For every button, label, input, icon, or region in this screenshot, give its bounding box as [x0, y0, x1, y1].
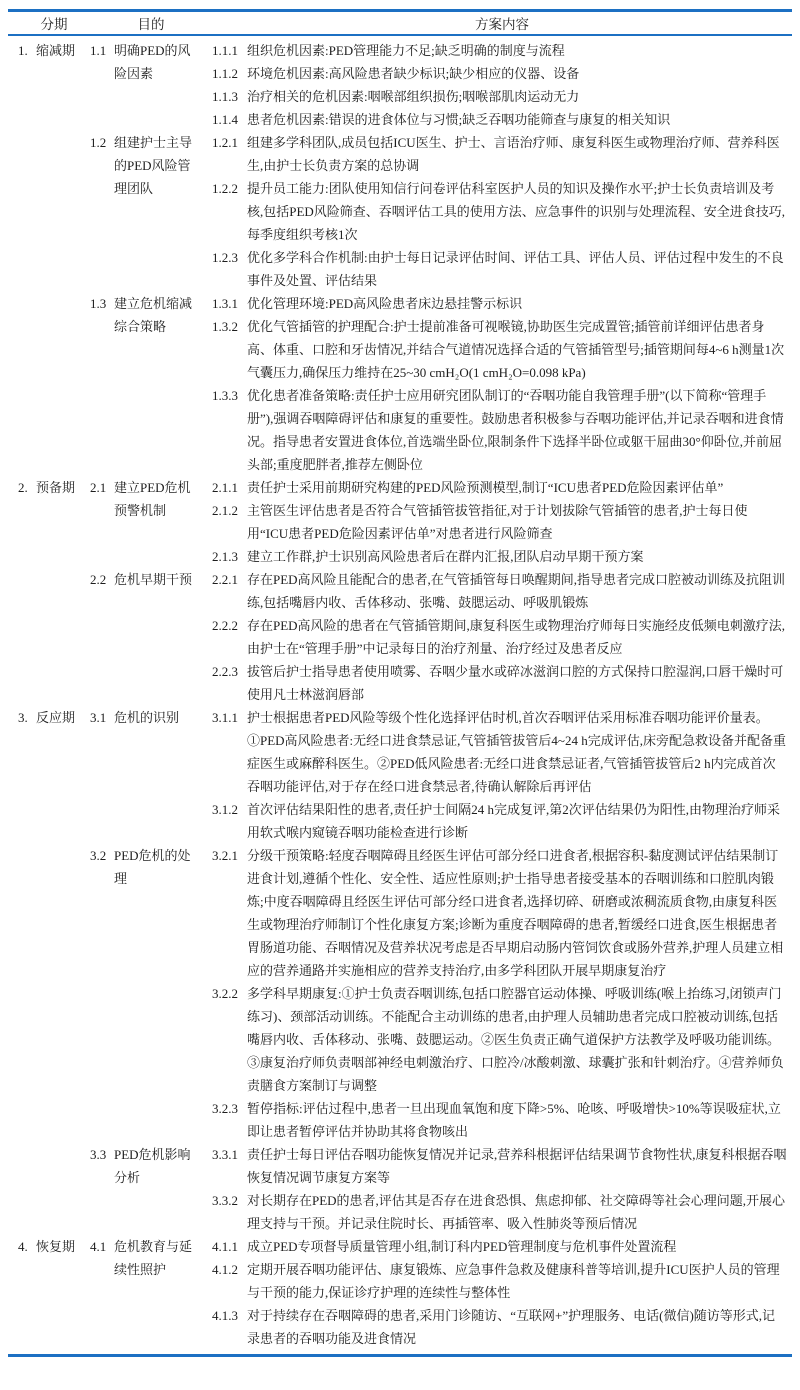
purpose-text: 危机的识别 — [114, 710, 179, 725]
purpose-number: 3.1 — [90, 706, 114, 729]
phase-purposes: 3.1危机的识别 3.1.1护士根据患者PED风险等级个性化选择评估时机,首次吞… — [90, 706, 792, 1235]
purpose-items: 2.1.1责任护士采用前期研究构建的PED风险预测模型,制订“ICU患者PED危… — [212, 476, 792, 568]
item-text: 定期开展吞咽功能评估、康复锻炼、应急事件急救及健康科普等培训,提升ICU医护人员… — [247, 1262, 780, 1300]
purpose-label: 3.2PED危机的处理 — [90, 844, 212, 890]
plan-item: 2.2.2存在PED高风险的患者在气管插管期间,康复科医生或物理治疗师每日实施经… — [212, 614, 792, 660]
item-text: 存在PED高风险且能配合的患者,在气管插管每日唤醒期间,指导患者完成口腔被动训练… — [247, 572, 785, 610]
phase-row-recovery: 4.恢复期 4.1危机教育与延续性照护 4.1.1成立PED专项督导质量管理小组… — [18, 1235, 792, 1350]
item-text: 环境危机因素:高风险患者缺少标识;缺少相应的仪器、设备 — [247, 66, 579, 81]
table-body: 1.缩减期 1.1明确PED的风险因素 1.1.1组织危机因素:PED管理能力不… — [8, 36, 792, 1350]
purpose-label: 1.3建立危机缩减综合策略 — [90, 292, 212, 338]
phase-row-preparation: 2.预备期 2.1建立PED危机预警机制 2.1.1责任护士采用前期研究构建的P… — [18, 476, 792, 706]
plan-item: 4.1.1成立PED专项督导质量管理小组,制订科内PED管理制度与危机事件处置流… — [212, 1235, 792, 1258]
item-number: 3.2.1 — [212, 844, 247, 867]
purpose-label: 3.3PED危机影响分析 — [90, 1143, 212, 1189]
item-number: 3.1.1 — [212, 706, 247, 729]
purpose-label: 4.1危机教育与延续性照护 — [90, 1235, 212, 1281]
item-text: 组建多学科团队,成员包括ICU医生、护士、言语治疗师、康复科医生或物理治疗师、营… — [247, 135, 780, 173]
plan-item: 3.3.2对长期存在PED的患者,评估其是否存在进食恐惧、焦虑抑郁、社交障碍等社… — [212, 1189, 792, 1235]
item-number: 1.2.1 — [212, 131, 247, 154]
phase-purposes: 2.1建立PED危机预警机制 2.1.1责任护士采用前期研究构建的PED风险预测… — [90, 476, 792, 706]
purpose-number: 1.1 — [90, 39, 114, 62]
item-number: 3.2.2 — [212, 982, 247, 1005]
purpose-row: 1.2组建护士主导的PED风险管理团队 1.2.1组建多学科团队,成员包括ICU… — [90, 131, 792, 292]
item-text: 护士根据患者PED风险等级个性化选择评估时机,首次吞咽评估采用标准吞咽功能评价量… — [247, 710, 786, 794]
plan-item: 2.2.3拔管后护士指导患者使用喷雾、吞咽少量水或碎冰滋润口腔的方式保持口腔湿润… — [212, 660, 792, 706]
phase-number: 2. — [18, 476, 36, 499]
plan-item: 1.3.1优化管理环境:PED高风险患者床边悬挂警示标识 — [212, 292, 792, 315]
item-number: 1.1.3 — [212, 85, 247, 108]
item-text: 提升员工能力:团队使用知信行问卷评估科室医护人员的知识及操作水平;护士长负责培训… — [247, 181, 785, 242]
plan-item: 2.1.1责任护士采用前期研究构建的PED风险预测模型,制订“ICU患者PED危… — [212, 476, 792, 499]
purpose-label: 1.1明确PED的风险因素 — [90, 39, 212, 85]
plan-item: 1.1.3治疗相关的危机因素:咽喉部组织损伤;咽喉部肌肉运动无力 — [212, 85, 792, 108]
item-text: 优化患者准备策略:责任护士应用研究团队制订的“吞咽功能自我管理手册”(以下简称“… — [247, 388, 784, 472]
item-text: 暂停指标:评估过程中,患者一旦出现血氧饱和度下降>5%、呛咳、呼吸增快>10%等… — [247, 1101, 781, 1139]
purpose-label: 1.2组建护士主导的PED风险管理团队 — [90, 131, 212, 200]
item-text: 优化多学科合作机制:由护士每日记录评估时间、评估工具、评估人员、评估过程中发生的… — [247, 250, 784, 288]
col-header-phase: 分期 — [18, 13, 90, 33]
purpose-items: 4.1.1成立PED专项督导质量管理小组,制订科内PED管理制度与危机事件处置流… — [212, 1235, 792, 1350]
table-header-row: 分期 目的 方案内容 — [8, 12, 792, 34]
purpose-text: 危机早期干预 — [114, 572, 192, 587]
phase-name: 反应期 — [36, 710, 75, 725]
item-number: 1.1.4 — [212, 108, 247, 131]
plan-item: 1.2.1组建多学科团队,成员包括ICU医生、护士、言语治疗师、康复科医生或物理… — [212, 131, 792, 177]
item-text: 首次评估结果阳性的患者,责任护士间隔24 h完成复评,第2次评估结果仍为阳性,由… — [247, 802, 780, 840]
plan-item: 3.3.1责任护士每日评估吞咽功能恢复情况并记录,营养科根据评估结果调节食物性状… — [212, 1143, 792, 1189]
plan-item: 3.1.1护士根据患者PED风险等级个性化选择评估时机,首次吞咽评估采用标准吞咽… — [212, 706, 792, 798]
purpose-row: 3.3PED危机影响分析 3.3.1责任护士每日评估吞咽功能恢复情况并记录,营养… — [90, 1143, 792, 1235]
item-number: 4.1.1 — [212, 1235, 247, 1258]
journal-table: 分期 目的 方案内容 1.缩减期 1.1明确PED的风险因素 1.1.1组织危机… — [0, 0, 800, 1390]
col-header-content: 方案内容 — [212, 13, 792, 33]
plan-item: 1.1.4患者危机因素:错误的进食体位与习惯;缺乏吞咽功能筛查与康复的相关知识 — [212, 108, 792, 131]
item-number: 2.1.2 — [212, 499, 247, 522]
purpose-text: PED危机的处理 — [114, 848, 191, 886]
item-text: 责任护士每日评估吞咽功能恢复情况并记录,营养科根据评估结果调节食物性状,康复科根… — [247, 1147, 787, 1185]
item-text: 拔管后护士指导患者使用喷雾、吞咽少量水或碎冰滋润口腔的方式保持口腔湿润,口唇干燥… — [247, 664, 783, 702]
item-text: 患者危机因素:错误的进食体位与习惯;缺乏吞咽功能筛查与康复的相关知识 — [247, 112, 670, 127]
phase-label: 4.恢复期 — [18, 1235, 90, 1258]
item-number: 1.3.1 — [212, 292, 247, 315]
item-text: 治疗相关的危机因素:咽喉部组织损伤;咽喉部肌肉运动无力 — [247, 89, 579, 104]
plan-item: 2.2.1存在PED高风险且能配合的患者,在气管插管每日唤醒期间,指导患者完成口… — [212, 568, 792, 614]
item-text: 优化气管插管的护理配合:护士提前准备可视喉镜,协助医生完成置管;插管前详细评估患… — [247, 319, 784, 380]
item-number: 3.3.1 — [212, 1143, 247, 1166]
item-text: 主管医生评估患者是否符合气管插管拔管指征,对于计划拔除气管插管的患者,护士每日使… — [247, 503, 748, 541]
purpose-items: 2.2.1存在PED高风险且能配合的患者,在气管插管每日唤醒期间,指导患者完成口… — [212, 568, 792, 706]
plan-item: 4.1.2定期开展吞咽功能评估、康复锻炼、应急事件急救及健康科普等培训,提升IC… — [212, 1258, 792, 1304]
item-text: 分级干预策略:轻度吞咽障碍且经医生评估可部分经口进食者,根据容积-黏度测试评估结… — [247, 848, 783, 978]
item-text: 对于持续存在吞咽障碍的患者,采用门诊随访、“互联网+”护理服务、电话(微信)随访… — [247, 1308, 775, 1346]
phase-label: 3.反应期 — [18, 706, 90, 729]
purpose-items: 1.2.1组建多学科团队,成员包括ICU医生、护士、言语治疗师、康复科医生或物理… — [212, 131, 792, 292]
item-number: 1.2.2 — [212, 177, 247, 200]
plan-item: 1.2.2提升员工能力:团队使用知信行问卷评估科室医护人员的知识及操作水平;护士… — [212, 177, 792, 246]
plan-item: 3.1.2首次评估结果阳性的患者,责任护士间隔24 h完成复评,第2次评估结果仍… — [212, 798, 792, 844]
item-number: 1.1.2 — [212, 62, 247, 85]
purpose-row: 3.1危机的识别 3.1.1护士根据患者PED风险等级个性化选择评估时机,首次吞… — [90, 706, 792, 844]
purpose-number: 2.1 — [90, 476, 114, 499]
purpose-number: 2.2 — [90, 568, 114, 591]
purpose-row: 1.3建立危机缩减综合策略 1.3.1优化管理环境:PED高风险患者床边悬挂警示… — [90, 292, 792, 476]
purpose-items: 1.1.1组织危机因素:PED管理能力不足;缺乏明确的制度与流程 1.1.2环境… — [212, 39, 792, 131]
purpose-number: 3.2 — [90, 844, 114, 867]
plan-item: 4.1.3对于持续存在吞咽障碍的患者,采用门诊随访、“互联网+”护理服务、电话(… — [212, 1304, 792, 1350]
plan-item: 1.1.2环境危机因素:高风险患者缺少标识;缺少相应的仪器、设备 — [212, 62, 792, 85]
purpose-label: 2.1建立PED危机预警机制 — [90, 476, 212, 522]
plan-item: 1.2.3优化多学科合作机制:由护士每日记录评估时间、评估工具、评估人员、评估过… — [212, 246, 792, 292]
purpose-number: 4.1 — [90, 1235, 114, 1258]
plan-item: 3.2.3暂停指标:评估过程中,患者一旦出现血氧饱和度下降>5%、呛咳、呼吸增快… — [212, 1097, 792, 1143]
phase-number: 4. — [18, 1235, 36, 1258]
phase-label: 1.缩减期 — [18, 39, 90, 62]
item-text: 组织危机因素:PED管理能力不足;缺乏明确的制度与流程 — [247, 43, 565, 58]
phase-name: 恢复期 — [36, 1239, 75, 1254]
item-number: 1.3.3 — [212, 384, 247, 407]
purpose-text: PED危机影响分析 — [114, 1147, 191, 1185]
plan-item: 3.2.2多学科早期康复:①护士负责吞咽训练,包括口腔器官运动体操、呼吸训练(喉… — [212, 982, 792, 1097]
purpose-text: 危机教育与延续性照护 — [114, 1239, 192, 1277]
purpose-text: 建立危机缩减综合策略 — [114, 296, 192, 334]
item-text: 多学科早期康复:①护士负责吞咽训练,包括口腔器官运动体操、呼吸训练(喉上抬练习,… — [247, 986, 784, 1093]
purpose-row: 3.2PED危机的处理 3.2.1分级干预策略:轻度吞咽障碍且经医生评估可部分经… — [90, 844, 792, 1143]
item-number: 3.3.2 — [212, 1189, 247, 1212]
item-number: 1.1.1 — [212, 39, 247, 62]
item-text: 存在PED高风险的患者在气管插管期间,康复科医生或物理治疗师每日实施经皮低频电刺… — [247, 618, 785, 656]
item-number: 2.2.2 — [212, 614, 247, 637]
purpose-row: 2.2危机早期干预 2.2.1存在PED高风险且能配合的患者,在气管插管每日唤醒… — [90, 568, 792, 706]
item-number: 2.2.3 — [212, 660, 247, 683]
plan-item: 1.3.3优化患者准备策略:责任护士应用研究团队制订的“吞咽功能自我管理手册”(… — [212, 384, 792, 476]
purpose-number: 1.3 — [90, 292, 114, 315]
phase-row-response: 3.反应期 3.1危机的识别 3.1.1护士根据患者PED风险等级个性化选择评估… — [18, 706, 792, 1235]
purpose-number: 1.2 — [90, 131, 114, 154]
plan-item: 1.1.1组织危机因素:PED管理能力不足;缺乏明确的制度与流程 — [212, 39, 792, 62]
item-number: 2.2.1 — [212, 568, 247, 591]
purpose-items: 1.3.1优化管理环境:PED高风险患者床边悬挂警示标识 1.3.2优化气管插管… — [212, 292, 792, 476]
purpose-items: 3.3.1责任护士每日评估吞咽功能恢复情况并记录,营养科根据评估结果调节食物性状… — [212, 1143, 792, 1235]
table-bottom-rule — [8, 1354, 792, 1357]
item-number: 1.3.2 — [212, 315, 247, 338]
purpose-row: 2.1建立PED危机预警机制 2.1.1责任护士采用前期研究构建的PED风险预测… — [90, 476, 792, 568]
plan-item: 2.1.3建立工作群,护士识别高风险患者后在群内汇报,团队启动早期干预方案 — [212, 545, 792, 568]
item-number: 4.1.3 — [212, 1304, 247, 1327]
item-number: 4.1.2 — [212, 1258, 247, 1281]
col-header-purpose: 目的 — [90, 13, 212, 33]
phase-name: 预备期 — [36, 480, 75, 495]
phase-purposes: 1.1明确PED的风险因素 1.1.1组织危机因素:PED管理能力不足;缺乏明确… — [90, 39, 792, 476]
phase-number: 3. — [18, 706, 36, 729]
purpose-row: 4.1危机教育与延续性照护 4.1.1成立PED专项督导质量管理小组,制订科内P… — [90, 1235, 792, 1350]
item-text: 责任护士采用前期研究构建的PED风险预测模型,制订“ICU患者PED危险因素评估… — [247, 480, 723, 495]
phase-name: 缩减期 — [36, 43, 75, 58]
plan-item: 3.2.1分级干预策略:轻度吞咽障碍且经医生评估可部分经口进食者,根据容积-黏度… — [212, 844, 792, 982]
item-number: 3.1.2 — [212, 798, 247, 821]
purpose-label: 2.2危机早期干预 — [90, 568, 212, 591]
purpose-text: 建立PED危机预警机制 — [114, 480, 191, 518]
purpose-label: 3.1危机的识别 — [90, 706, 212, 729]
plan-item: 1.3.2优化气管插管的护理配合:护士提前准备可视喉镜,协助医生完成置管;插管前… — [212, 315, 792, 384]
phase-number: 1. — [18, 39, 36, 62]
item-text: 对长期存在PED的患者,评估其是否存在进食恐惧、焦虑抑郁、社交障碍等社会心理问题… — [247, 1193, 785, 1231]
phase-row-reduction: 1.缩减期 1.1明确PED的风险因素 1.1.1组织危机因素:PED管理能力不… — [18, 39, 792, 476]
item-number: 2.1.3 — [212, 545, 247, 568]
purpose-text: 明确PED的风险因素 — [114, 43, 191, 81]
item-text: 优化管理环境:PED高风险患者床边悬挂警示标识 — [247, 296, 522, 311]
phase-purposes: 4.1危机教育与延续性照护 4.1.1成立PED专项督导质量管理小组,制订科内P… — [90, 1235, 792, 1350]
item-number: 2.1.1 — [212, 476, 247, 499]
purpose-row: 1.1明确PED的风险因素 1.1.1组织危机因素:PED管理能力不足;缺乏明确… — [90, 39, 792, 131]
item-number: 3.2.3 — [212, 1097, 247, 1120]
purpose-number: 3.3 — [90, 1143, 114, 1166]
purpose-items: 3.2.1分级干预策略:轻度吞咽障碍且经医生评估可部分经口进食者,根据容积-黏度… — [212, 844, 792, 1143]
purpose-items: 3.1.1护士根据患者PED风险等级个性化选择评估时机,首次吞咽评估采用标准吞咽… — [212, 706, 792, 844]
item-number: 1.2.3 — [212, 246, 247, 269]
phase-label: 2.预备期 — [18, 476, 90, 499]
item-text: 成立PED专项督导质量管理小组,制订科内PED管理制度与危机事件处置流程 — [247, 1239, 676, 1254]
plan-item: 2.1.2主管医生评估患者是否符合气管插管拔管指征,对于计划拔除气管插管的患者,… — [212, 499, 792, 545]
item-text: 建立工作群,护士识别高风险患者后在群内汇报,团队启动早期干预方案 — [247, 549, 644, 564]
purpose-text: 组建护士主导的PED风险管理团队 — [114, 135, 192, 196]
